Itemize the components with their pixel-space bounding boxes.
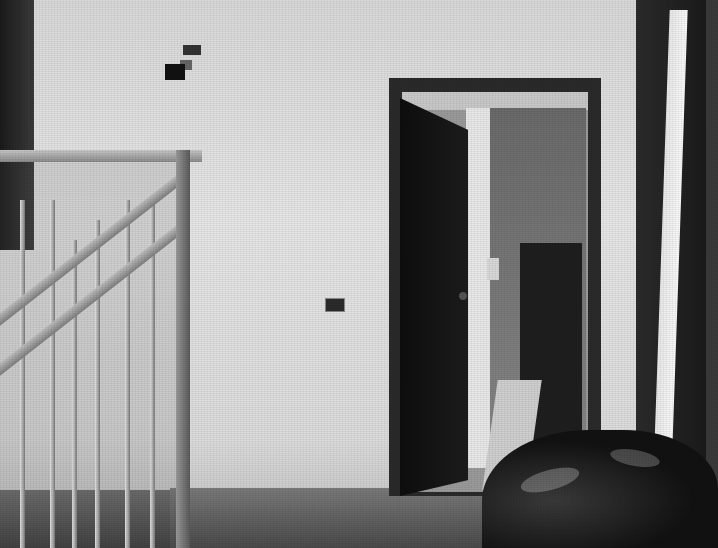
baluster [95,220,100,548]
corridor-switch [487,258,499,280]
baluster [20,200,25,548]
wall-switch [325,298,345,312]
garbage-bags [482,430,718,548]
newel-post [176,150,190,548]
junction-box [165,64,185,80]
baluster [125,200,130,548]
glass-panel [0,160,186,548]
open-door-leaf [400,98,468,496]
handrail-top [0,150,202,162]
door-knob [459,292,467,300]
baluster [72,240,77,548]
socket-icon [183,45,201,55]
floor-center [170,488,490,548]
corridor-light-wall [466,108,490,468]
photo-scene [0,0,718,548]
baluster [50,200,55,548]
